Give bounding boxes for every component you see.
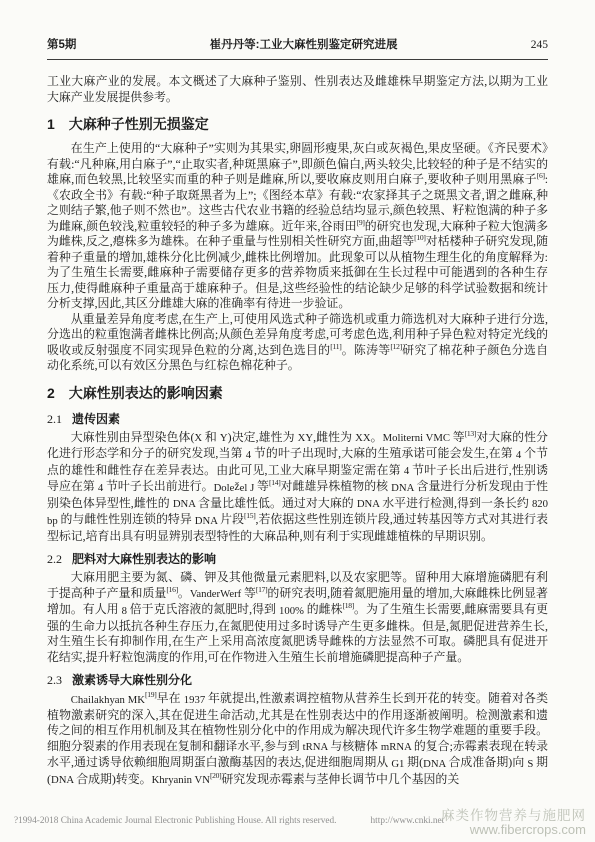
paragraph: 大麻用肥主要为氮、磷、钾及其他微量元素肥料,以及农家肥等。留种用大麻增施磷肥有利… (47, 570, 548, 665)
latin-text: S (527, 758, 536, 770)
citation-ref: [20] (210, 771, 221, 780)
cnki-url: http://www.cnki.net (371, 816, 445, 826)
header-rule (47, 59, 548, 60)
citation-ref: [6] (537, 171, 545, 180)
paragraph: 大麻性别由异型染色体(X 和 Y)决定,雄性为 XY,雌性为 XX。Molite… (47, 430, 548, 545)
citation-ref: [11] (330, 342, 341, 351)
latin-text: 4 (516, 449, 524, 461)
watermark: 麻类作物营养与施肥网 www.fibercrops.com (441, 809, 586, 837)
latin-text: DNA (173, 498, 198, 510)
latin-text: 820 bp (47, 498, 548, 527)
page-number: 245 (531, 39, 548, 51)
citation-ref: [18] (343, 601, 354, 610)
section-heading: 1大麻种子性别无损鉴定 (47, 114, 548, 134)
latin-text: VanderWerf (190, 588, 244, 600)
latin-text: DNA (423, 758, 448, 770)
latin-text: 4 (98, 482, 106, 494)
citation-ref: [16] (166, 585, 177, 594)
running-title: 崔丹丹等:工业大麻性别鉴定研究进展 (76, 36, 530, 52)
latin-text: XY (298, 432, 313, 444)
section-title: 大麻性别表达的影响因素 (69, 385, 223, 401)
latin-text: tRNA (303, 741, 331, 753)
latin-text: DNA (391, 482, 416, 494)
section-number: 1 (47, 116, 55, 132)
subsection-heading: 2.2肥料对大麻性别表达的影响 (47, 550, 548, 567)
latin-text: DNA (51, 774, 76, 786)
latin-text: mRNA (381, 741, 414, 753)
latin-text: Y (220, 432, 228, 444)
paragraph: 从重量差异角度考虑,在生产上,可使用风选式种子筛选机或重力筛选机对大麻种子进行分… (47, 312, 548, 374)
latin-text: 8 (122, 605, 130, 617)
paragraph: 工业大麻产业的发展。本文概述了大麻种子鉴别、性别表达及雌雄株早期鉴定方法,以期为… (47, 74, 548, 105)
paragraph: 在生产上使用的“大麻种子”实则为其果实,卵圆形瘦果,灰白或灰褐色,果皮坚硬。《齐… (47, 141, 548, 312)
citation-ref: [14] (269, 478, 280, 487)
subsection-heading: 2.1遗传因素 (47, 410, 548, 427)
section-title: 遗传因素 (72, 412, 120, 426)
citation-ref: [12] (390, 342, 401, 351)
watermark-site-url: www.fibercrops.com (441, 823, 586, 837)
citation-ref: [19] (145, 690, 156, 699)
section-number: 2.1 (47, 412, 62, 426)
citation-ref: [15] (244, 511, 255, 520)
citation-ref: [10] (414, 233, 425, 242)
latin-text: DNA (357, 498, 382, 510)
section-number: 2.3 (47, 673, 62, 687)
article-body: 工业大麻产业的发展。本文概述了大麻种子鉴别、性别表达及雌雄株早期鉴定方法,以期为… (47, 74, 548, 788)
paragraph: Chailakhyan MK[19]早在 1937 年就提出,性激素调控植物从营… (47, 691, 548, 788)
latin-text: XX (355, 432, 370, 444)
citation-ref: [13] (465, 429, 476, 438)
latin-text: X (194, 432, 204, 444)
latin-text: 4 (246, 449, 254, 461)
section-heading: 2大麻性别表达的影响因素 (47, 383, 548, 403)
watermark-site-name: 麻类作物营养与施肥网 (441, 809, 586, 823)
latin-text: 1937 (184, 694, 208, 706)
section-title: 激素诱导大麻性别分化 (72, 673, 192, 687)
copyright-notice: ?1994-2018 China Academic Journal Electr… (14, 816, 337, 826)
citation-ref: [17] (256, 585, 267, 594)
section-number: 2.2 (47, 552, 62, 566)
subsection-heading: 2.3激素诱导大麻性别分化 (47, 671, 548, 688)
latin-text: el J (240, 482, 257, 494)
section-title: 肥料对大麻性别表达的影响 (72, 552, 216, 566)
latin-text: G1 (391, 758, 407, 770)
section-number: 2 (47, 385, 55, 401)
latin-text: Dole (214, 482, 235, 494)
citation-ref: [9] (357, 218, 365, 227)
latin-text: 100% (279, 605, 307, 617)
latin-text: Chailakhyan MK (71, 694, 145, 706)
issue-label: 第5期 (47, 36, 76, 52)
section-title: 大麻种子性别无损鉴定 (69, 116, 209, 132)
latin-text: Khryanin VN (152, 774, 210, 786)
latin-text: DNA (195, 515, 220, 527)
latin-text: Moliterni VMC (383, 432, 453, 444)
journal-page: 第5期 崔丹丹等:工业大麻性别鉴定研究进展 245 工业大麻产业的发展。本文概述… (0, 0, 595, 842)
latin-text: 4 (404, 465, 412, 477)
running-header: 第5期 崔丹丹等:工业大麻性别鉴定研究进展 245 (47, 36, 548, 52)
